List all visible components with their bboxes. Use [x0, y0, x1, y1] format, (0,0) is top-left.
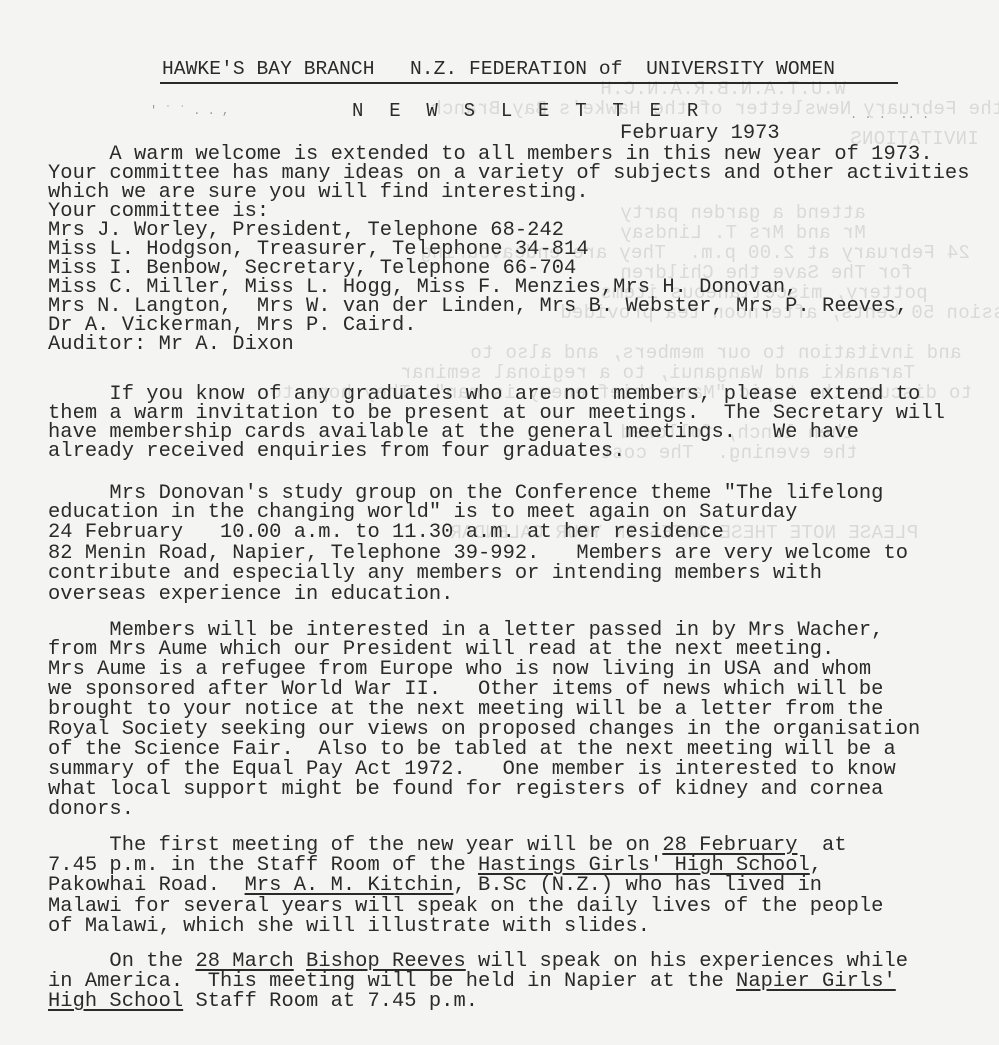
bleed-through-text: the evening. The cost [600, 442, 857, 464]
newsletter-page: W.U.T.A.N.B.R.A.N.C.H continuing the Feb… [0, 0, 999, 1045]
paragraph-line: 82 Menin Road, Napier, Telephone 39-992.… [48, 544, 908, 563]
newsletter-heading: N E W S L E T T E R [352, 102, 705, 121]
paragraph-line: Malawi for several years will speak on t… [48, 897, 883, 916]
bleed-through-text: Taranaki and Wanganui, to a regional sem… [400, 362, 915, 384]
text-run: Staff Room at 7.45 p.m. [183, 990, 478, 1013]
paragraph-line: from Mrs Aume which our President will r… [48, 640, 834, 659]
scan-speck: ' ˙ ˙ . . , [150, 104, 229, 118]
masthead-underline [160, 82, 898, 84]
paragraph-line: On the 28 March Bishop Reeves will speak… [48, 952, 908, 971]
paragraph-line: High School Staff Room at 7.45 p.m. [48, 992, 478, 1011]
bleed-through-text: attend a garden party [620, 202, 866, 224]
paragraph-line: of the Science Fair. Also to be tabled a… [48, 740, 896, 759]
text-run: Pakowhai Road. [48, 874, 245, 897]
paragraph-line: in America. This meeting will be held in… [48, 972, 896, 991]
paragraph-line: Pakowhai Road. Mrs A. M. Kitchin, B.Sc (… [48, 876, 822, 895]
scan-speck: . . . .. . [850, 108, 929, 122]
auditor-line: Auditor: Mr A. Dixon [48, 335, 294, 354]
paragraph-line: brought to your notice at the next meeti… [48, 700, 883, 719]
paragraph-line: 24 February 10.00 a.m. to 11.30 a.m. at … [48, 523, 724, 542]
paragraph-line: summary of the Equal Pay Act 1972. One m… [48, 760, 896, 779]
paragraph-line: what local support might be found for re… [48, 780, 883, 799]
paragraph-line: overseas experience in education. [48, 585, 453, 604]
speaker-highlight: Mrs A. M. Kitchin [245, 874, 454, 897]
issue-date: February 1973 [620, 124, 780, 143]
venue-highlight: High School [48, 990, 183, 1013]
paragraph-line: of Malawi, which she will illustrate wit… [48, 917, 650, 936]
paragraph-line: contribute and especially any members or… [48, 564, 822, 583]
venue-highlight: Napier Girls' [736, 970, 896, 993]
text-run: , B.Sc (N.Z.) who has lived in [453, 874, 822, 897]
paragraph-line: Royal Society seeking our views on propo… [48, 720, 920, 739]
bleed-through-text: Mr and Mrs T. Lindsay [620, 222, 866, 244]
paragraph-line: donors. [48, 800, 134, 819]
paragraph-line: education in the changing world" is to m… [48, 503, 797, 522]
paragraph-line: 7.45 p.m. in the Staff Room of the Hasti… [48, 856, 822, 875]
paragraph-line: The first meeting of the new year will b… [48, 836, 847, 855]
paragraph-line: Mrs Aume is a refugee from Europe who is… [48, 660, 871, 679]
paragraph-line: we sponsored after World War II. Other i… [48, 680, 883, 699]
newsletter-masthead: HAWKE'S BAY BRANCH N.Z. FEDERATION of UN… [162, 60, 835, 79]
paragraph-line: already received enquiries from four gra… [48, 442, 625, 461]
bleed-through-text: and invitation to our members, and also … [470, 342, 961, 364]
